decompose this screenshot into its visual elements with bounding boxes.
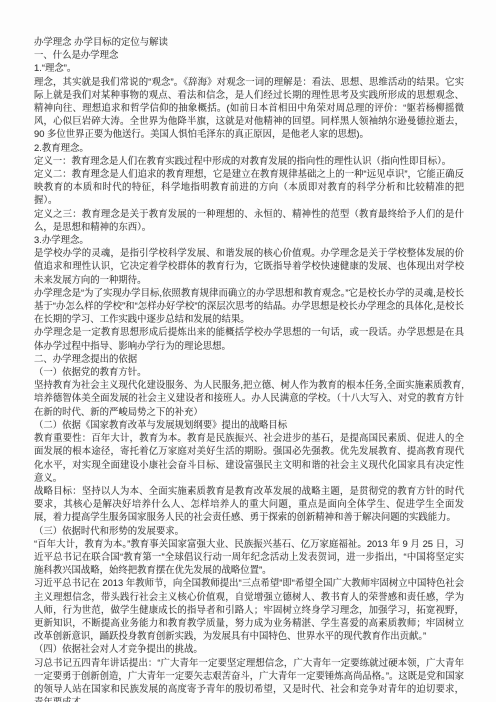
sub-heading: （二）依据《国家教育改革与发展规划纲要》提出的战略目标	[34, 418, 464, 431]
body-paragraph: 战略目标：坚持以人为本、全面实施素质教育是教育改革发展的战略主题，是贯彻党的教育…	[34, 484, 464, 524]
section-heading: 一、什么是办学理念	[34, 48, 464, 61]
body-paragraph: 是学校办学的灵魂，是指引学校科学发展、和谐发展的核心价值观。办学理念是关于学校整…	[34, 246, 464, 286]
sub-heading: （三）依据时代和形势的发展要求。	[34, 524, 464, 537]
body-paragraph: 定义一：教育理念是人们在教育实践过程中形成的对教育发展的指向性的理性认识（指向性…	[34, 154, 464, 167]
body-paragraph: 办学理念是“为了实现办学目标,依照教育规律而确立的办学思想和教育观念。”它是校长…	[34, 286, 464, 326]
document-text-block: 办学理念 办学目标的定位与解读 一、什么是办学理念1.“理念”。理念，其实就是我…	[34, 35, 464, 702]
body-paragraph: 理念，其实就是我们常说的“观念”。《辞海》对观念一词的理解是：看法、思想、思维活…	[34, 75, 464, 141]
sub-heading: 2.教育理念。	[34, 141, 464, 154]
body-paragraph: 定义二：教育理念是人们追求的教育理想，它是建立在教育规律基础之上的一种“远见卓识…	[34, 167, 464, 207]
section-heading: 二、办学理念提出的依据	[34, 352, 464, 365]
body-paragraph: 教育重要性：百年大计，教育为本。教育是民族振兴、社会进步的基石，是提高国民素质、…	[34, 431, 464, 484]
body-paragraph: 坚持教育为社会主义现代化建设服务、为人民服务,把立德、树人作为教育的根本任务,全…	[34, 378, 464, 418]
document-title: 办学理念 办学目标的定位与解读	[34, 35, 464, 48]
body-paragraph: 习近平总书记在 2013 年教师节，向全国教师提出“三点希望”即“希望全国广大教…	[34, 576, 464, 642]
document-page: 办学理念 办学目标的定位与解读 一、什么是办学理念1.“理念”。理念，其实就是我…	[0, 0, 496, 702]
sub-heading: （一）依据党的教育方针。	[34, 365, 464, 378]
sub-heading: 1.“理念”。	[34, 61, 464, 74]
body-paragraph: “百年大计，教育为本。”教育事关国家富强大业、民族振兴基石、亿万家庭福祉。201…	[34, 537, 464, 577]
sub-heading: （四）依据社会对人才竞争提出的挑战。	[34, 642, 464, 655]
body-paragraph: 办学理念是一定教育思想形成后提炼出来的能概括学校办学思想的一句话，或一段话。办学…	[34, 325, 464, 351]
body-paragraph: 定义之三：教育理念是关于教育发展的一种理想的、永恒的、精神性的范型（教育最终给予…	[34, 207, 464, 233]
body-paragraph: 习总书记五四青年讲话提出：“广大青年一定要坚定理想信念，广大青年一定要练就过硬本…	[34, 656, 464, 702]
sub-heading: 3.办学理念。	[34, 233, 464, 246]
